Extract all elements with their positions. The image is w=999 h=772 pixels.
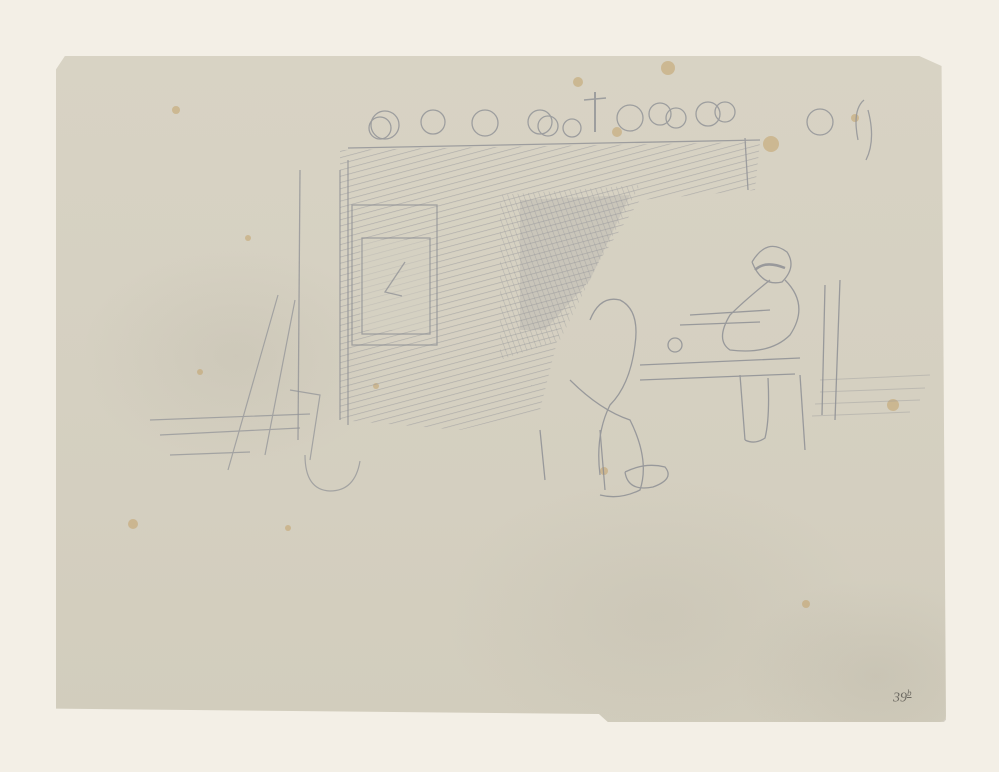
inventory-number-main: 39 <box>893 691 907 706</box>
right-wall-shading <box>812 375 930 416</box>
left-furniture <box>150 295 360 491</box>
inventory-number: 39b <box>893 688 912 707</box>
pencil-drawing <box>0 0 999 772</box>
inventory-number-suffix: b <box>907 688 912 698</box>
hearth-shading <box>298 142 760 440</box>
